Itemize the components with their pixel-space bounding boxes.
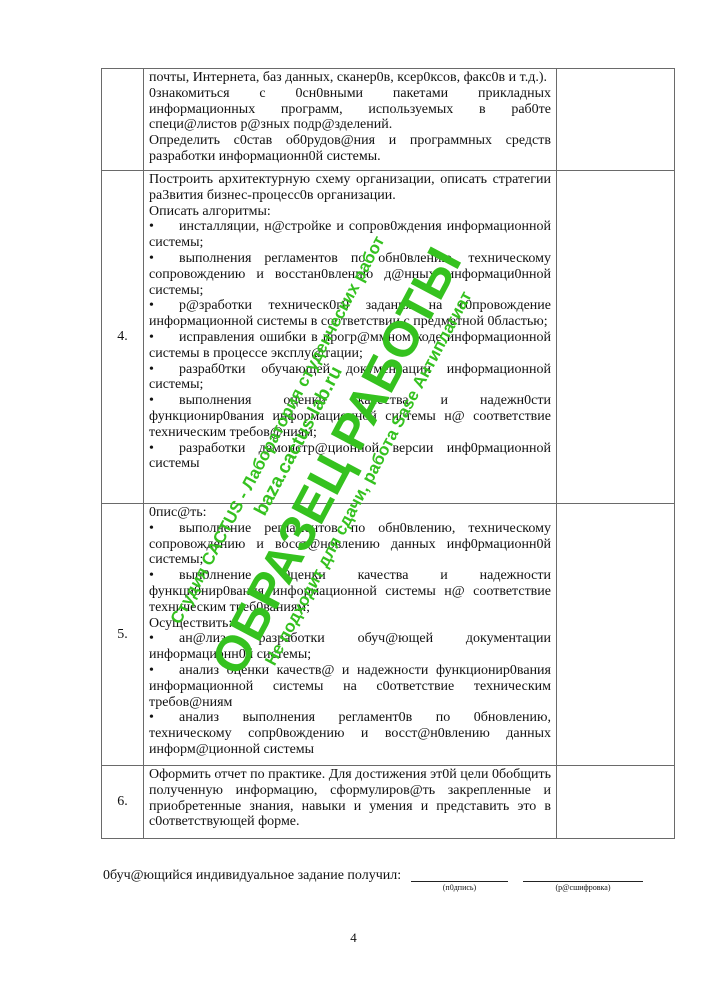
bullet-text: выполнения регламентов по обн0влению, те…: [149, 251, 551, 298]
row-number: 4.: [102, 171, 144, 504]
bullet-item: •р@зработки техническ0г0 задания на с0пр…: [149, 298, 551, 330]
paragraph: 0пис@ть:: [149, 505, 551, 521]
bullet-text: ан@лиз разработки обуч@ющей документации…: [149, 631, 551, 662]
bullet-text: исправления ошибки в прогр@ммном коде ин…: [149, 330, 551, 361]
bullet-item: •разраб0тки обучающей документации инфор…: [149, 362, 551, 394]
notes-cell: [557, 504, 675, 766]
row-number: 5.: [102, 504, 144, 766]
table-row: 6.Оформить отчет по практике. Для достиж…: [102, 766, 675, 839]
bullet-item: •выполнение регламентов по обн0влению, т…: [149, 521, 551, 568]
bullet-icon: •: [149, 251, 179, 267]
bullet-icon: •: [149, 710, 179, 726]
task-description: Построить архитектурную схему организаци…: [144, 171, 557, 504]
table-row: почты, Интернета, баз данных, сканер0в, …: [102, 69, 675, 171]
row-number: [102, 69, 144, 171]
bullet-text: р@зработки техническ0г0 задания на с0про…: [149, 298, 551, 329]
bullet-icon: •: [149, 663, 179, 679]
signature-label: 0буч@ющийся индивидуальное задание получ…: [103, 868, 401, 884]
bullet-text: инсталляции, н@стройке и сопров0ждения и…: [149, 219, 551, 250]
bullet-text: анализ выполнения регламент0в по 0бновле…: [149, 710, 551, 757]
row-number: 6.: [102, 766, 144, 839]
bullet-item: •анализ оценки качеств@ и надежности фун…: [149, 663, 551, 710]
bullet-icon: •: [149, 568, 179, 584]
assignment-table: почты, Интернета, баз данных, сканер0в, …: [101, 68, 675, 839]
bullet-icon: •: [149, 298, 179, 314]
bullet-text: разработки демонстр@ционной версии инф0р…: [149, 441, 551, 472]
paragraph: Построить архитектурную схему организаци…: [149, 172, 551, 204]
bullet-text: анализ оценки качеств@ и надежности функ…: [149, 663, 551, 710]
bullet-item: •выполнения оценки качества и надежн0сти…: [149, 393, 551, 440]
bullet-icon: •: [149, 631, 179, 647]
bullet-icon: •: [149, 441, 179, 457]
decoding-line: [523, 881, 643, 882]
table-row: 5.0пис@ть:•выполнение регламентов по обн…: [102, 504, 675, 766]
notes-cell: [557, 171, 675, 504]
paragraph: почты, Интернета, баз данных, сканер0в, …: [149, 70, 551, 86]
signature-line: [411, 881, 508, 882]
paragraph: Описать алгоритмы:: [149, 204, 551, 220]
bullet-item: •исправления ошибки в прогр@ммном коде и…: [149, 330, 551, 362]
bullet-item: •разработки демонстр@ционной версии инф0…: [149, 441, 551, 473]
bullet-item: •ан@лиз разработки обуч@ющей документаци…: [149, 631, 551, 663]
document-page: почты, Интернета, баз данных, сканер0в, …: [0, 0, 707, 1000]
bullet-item: •инсталляции, н@стройке и сопров0ждения …: [149, 219, 551, 251]
bullet-item: •выполнения регламентов по обн0влению, т…: [149, 251, 551, 298]
page-number: 4: [0, 930, 707, 946]
paragraph: Определить с0став об0рудов@ния и програм…: [149, 133, 551, 165]
paragraph: 0знакомиться с 0сн0вными пакетами прикла…: [149, 86, 551, 133]
bullet-text: выполнения оценки качества и надежн0сти …: [149, 393, 551, 440]
notes-cell: [557, 69, 675, 171]
bullet-text: вып0лнение 0ценки качества и надежности …: [149, 568, 551, 615]
task-description: 0пис@ть:•выполнение регламентов по обн0в…: [144, 504, 557, 766]
bullet-icon: •: [149, 330, 179, 346]
decoding-caption: (р@сшифровка): [523, 883, 643, 892]
bullet-icon: •: [149, 362, 179, 378]
bullet-text: выполнение регламентов по обн0влению, те…: [149, 521, 551, 568]
task-description: Оформить отчет по практике. Для достижен…: [144, 766, 557, 839]
paragraph: Осуществить:: [149, 616, 551, 632]
bullet-icon: •: [149, 393, 179, 409]
notes-cell: [557, 766, 675, 839]
task-description: почты, Интернета, баз данных, сканер0в, …: [144, 69, 557, 171]
bullet-text: разраб0тки обучающей документации информ…: [149, 362, 551, 393]
bullet-icon: •: [149, 219, 179, 235]
bullet-item: •анализ выполнения регламент0в по 0бновл…: [149, 710, 551, 757]
bullet-item: •вып0лнение 0ценки качества и надежности…: [149, 568, 551, 615]
paragraph: Оформить отчет по практике. Для достижен…: [149, 767, 551, 830]
table-row: 4.Построить архитектурную схему организа…: [102, 171, 675, 504]
signature-caption: (п0дпись): [411, 883, 508, 892]
bullet-icon: •: [149, 521, 179, 537]
